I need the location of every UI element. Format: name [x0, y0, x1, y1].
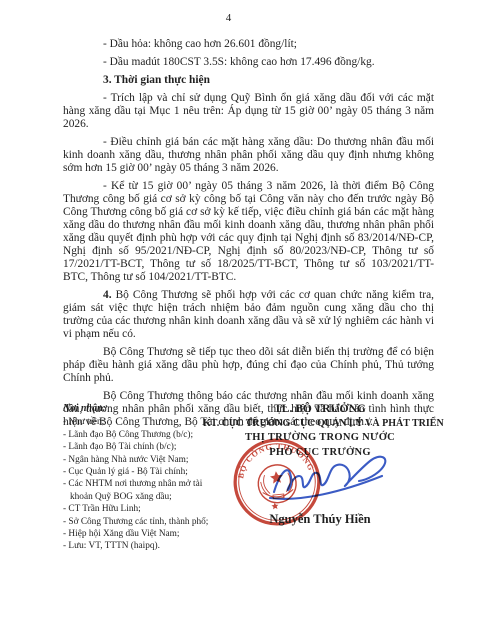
body-paragraph-effective-time: - Kể từ 15 giờ 00’ ngày 05 tháng 3 năm 2… [63, 180, 434, 284]
recipient-item: - Lãnh đạo Bộ Công Thương (b/c); [63, 429, 215, 441]
signature-authority-line: TL. BỘ TRƯỞNG [203, 402, 437, 417]
recipient-item: - Ngân hàng Nhà nước Việt Nam; [63, 454, 215, 466]
document-body: - Dầu hỏa: không cao hơn 26.601 đồng/lít… [63, 38, 434, 434]
body-paragraph-fund: - Trích lập và chỉ sử dụng Quỹ Bình ổn g… [63, 92, 434, 131]
section-4-number: 4. [103, 289, 112, 301]
recipient-item: - Các NHTM nơi thương nhân mở tài khoản … [63, 478, 215, 503]
body-paragraph-adjustment: - Điều chỉnh giá bán các mặt hàng xăng d… [63, 136, 434, 175]
body-paragraph-section-4: 4. Bộ Công Thương sẽ phối hợp với các cơ… [63, 289, 434, 341]
recipient-item: - Lãnh đạo Bộ Tài chính (b/c); [63, 441, 215, 453]
body-paragraph-monitoring: Bộ Công Thương sẽ tiếp tục theo dõi sát … [63, 346, 434, 385]
recipient-item: - Như trên; [63, 416, 215, 428]
recipient-item: - CT Trần Hữu Linh; [63, 503, 215, 515]
handwritten-signature-icon [266, 448, 398, 504]
section-3-heading: 3. Thời gian thực hiện [63, 74, 434, 87]
recipients-section: Nơi nhận: - Như trên; - Lãnh đạo Bộ Công… [63, 403, 215, 553]
signature-department-line: KT. CỤC TRƯỞNG CỤC QUẢN LÝ VÀ PHÁT TRIỂN [203, 417, 437, 432]
body-bullet-mazut: - Dầu madút 180CST 3.5S: không cao hơn 1… [63, 56, 434, 69]
recipient-item: - Lưu: VT, TTTN (haipq). [63, 540, 215, 552]
page-number: 4 [0, 12, 476, 24]
recipients-label: Nơi nhận: [63, 403, 215, 415]
recipient-item: - Cục Quản lý giá - Bộ Tài chính; [63, 466, 215, 478]
body-bullet-kerosene: - Dầu hỏa: không cao hơn 26.601 đồng/lít… [63, 38, 434, 51]
section-4-text: Bộ Công Thương sẽ phối hợp với các cơ qu… [63, 289, 434, 340]
recipient-item: - Sở Công Thương các tỉnh, thành phố; [63, 516, 215, 528]
document-page: 4 - Dầu hỏa: không cao hơn 26.601 đồng/l… [0, 0, 495, 640]
recipient-item: - Hiệp hội Xăng dầu Việt Nam; [63, 528, 215, 540]
signer-name: Nguyễn Thúy Hiền [203, 512, 437, 527]
